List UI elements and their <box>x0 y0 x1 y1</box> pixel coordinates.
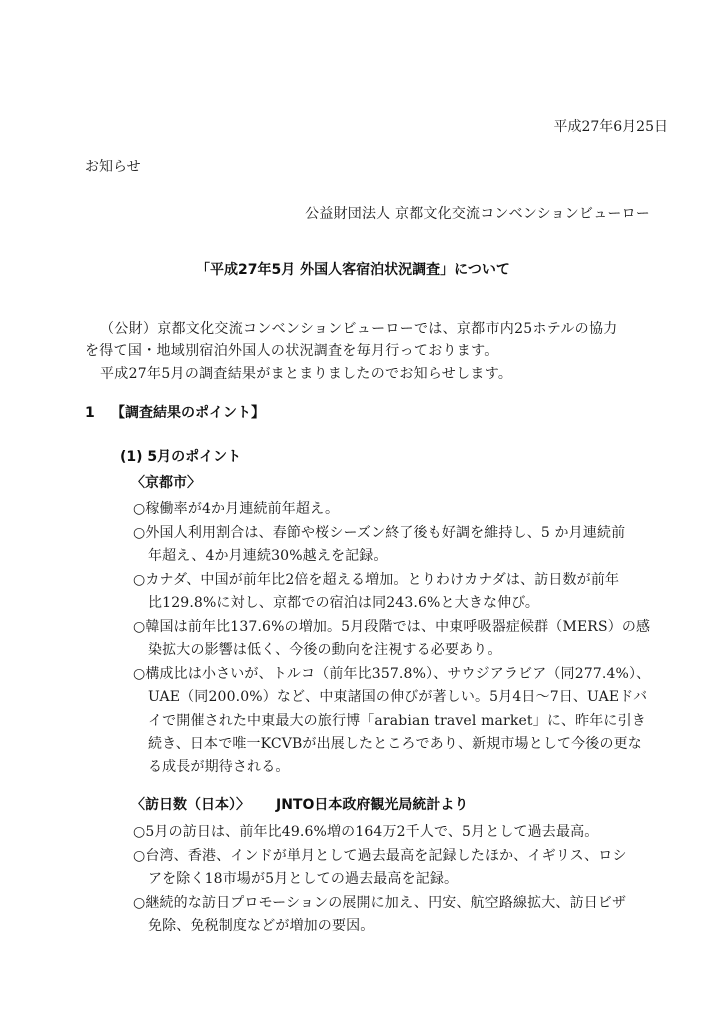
bullet-line: 年超え、4か月連続30%越えを記録。 <box>148 545 388 565</box>
bullet-line: ○稼働率が4か月連続前年超え。 <box>133 498 339 518</box>
organization-name: 公益財団法人 京都文化交流コンベンションビューロー <box>305 203 650 223</box>
kyoto-heading: 〈京都市〉 <box>131 472 201 492</box>
japan-heading-label: 〈訪日数（日本）〉 <box>131 797 250 813</box>
bullet-line: 続き、日本で唯一KCVBが出展したところであり、新規市場として今後の更な <box>148 733 642 753</box>
bullet-line: ○韓国は前年比137.6%の増加。5月段階では、中東呼吸器症候群（MERS）の感 <box>133 616 650 636</box>
document-title: 「平成27年5月 外国人客宿泊状況調査」について <box>196 259 510 279</box>
japan-heading: 〈訪日数（日本）〉JNTO日本政府観光局統計より <box>131 794 468 814</box>
japan-heading-source: JNTO日本政府観光局統計より <box>276 797 468 813</box>
section-number: 1 <box>85 405 111 421</box>
intro-line-1: （公財）京都文化交流コンベンションビューローでは、京都市内25ホテルの協力 <box>100 318 618 338</box>
bullet-line: 染拡大の影響は低く、今後の動向を注視する必要あり。 <box>148 639 501 659</box>
bullet-line: ○台湾、香港、インドが単月として過去最高を記録したほか、イギリス、ロシ <box>133 845 627 865</box>
section-heading: 1【調査結果のポイント】 <box>85 402 265 422</box>
section-title: 【調査結果のポイント】 <box>111 405 265 421</box>
bullet-line: ○継続的な訪日プロモーションの展開に加え、円安、航空路線拡大、訪日ビザ <box>133 892 626 912</box>
bullet-line: UAE（同200.0%）など、中東諸国の伸びが著しい。5月4日～7日、UAEドバ <box>148 686 647 706</box>
bullet-line: ○5月の訪日は、前年比49.6%増の164万2千人で、5月として過去最高。 <box>133 821 598 841</box>
bullet-line: る成長が期待される。 <box>148 756 290 776</box>
bullet-line: ○構成比は小さいが、トルコ（前年比357.8%）、サウジアラビア（同277.4%… <box>133 663 650 683</box>
document-date: 平成27年6月25日 <box>553 116 668 136</box>
bullet-line: 比129.8%に対し、京都での宿泊は同243.6%と大きな伸び。 <box>148 592 539 612</box>
bullet-line: ○カナダ、中国が前年比2倍を超える増加。とりわけカナダは、訪日数が前年 <box>133 569 619 589</box>
bullet-line: アを除く18市場が5月としての過去最高を記録。 <box>148 868 458 888</box>
bullet-line: イで開催された中東最大の旅行博「arabian travel market」に、… <box>148 710 646 730</box>
subsection-heading: (1) 5月のポイント <box>120 446 241 466</box>
bullet-line: ○外国人利用割合は、春節や桜シーズン終了後も好調を維持し、5 か月連続前 <box>133 522 625 542</box>
bullet-line: 免除、免税制度などが増加の要因。 <box>148 915 374 935</box>
intro-line-3: 平成27年5月の調査結果がまとまりましたのでお知らせします。 <box>100 363 512 383</box>
notice-label: お知らせ <box>85 156 141 176</box>
intro-line-2: を得て国・地域別宿泊外国人の状況調査を毎月行っております。 <box>85 340 499 360</box>
